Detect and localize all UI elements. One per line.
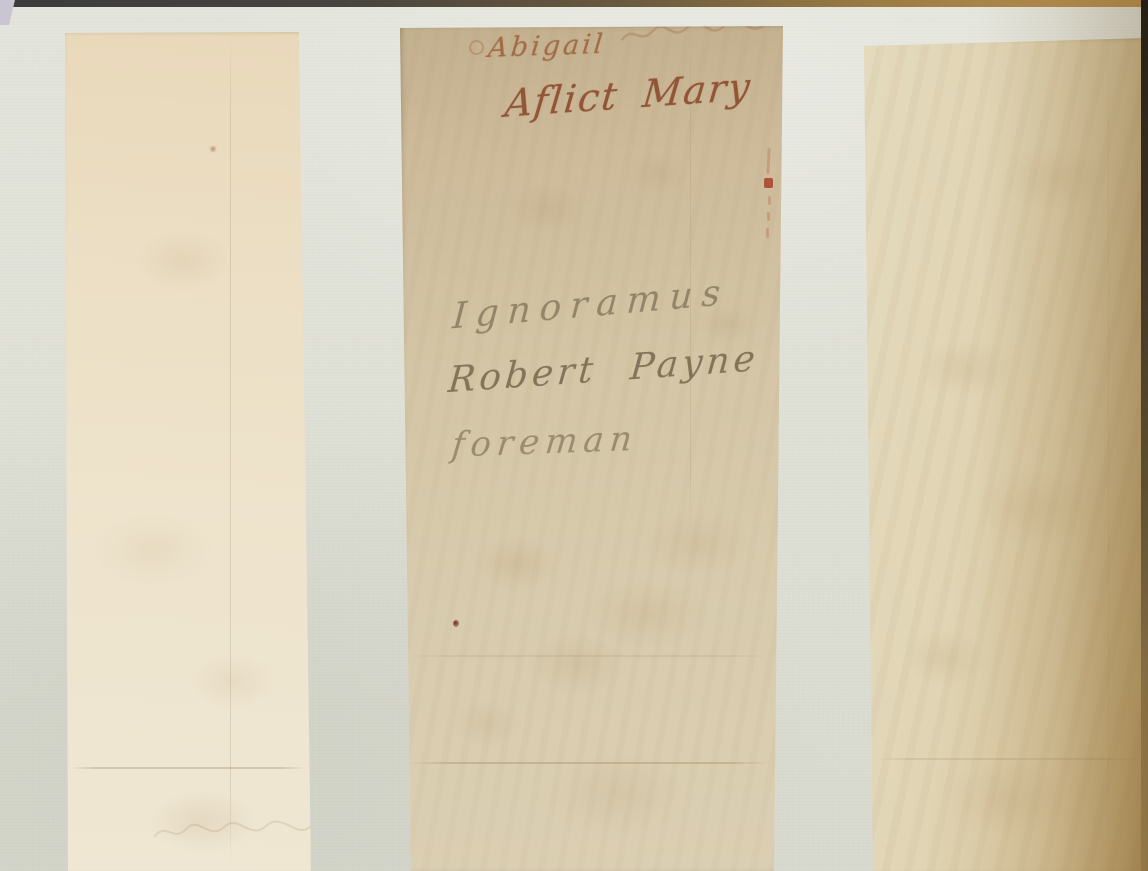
- red-archival-mark: [766, 228, 769, 238]
- signature-robert-payne: Robert Payne: [447, 341, 761, 399]
- paper-strip-left: [63, 31, 311, 871]
- ink-spot: [453, 620, 459, 627]
- crease-line: [876, 758, 1142, 760]
- chain-line: [1108, 38, 1109, 871]
- crease-line: [69, 767, 307, 769]
- inscription-ignoramus: Ignoramus: [451, 275, 730, 336]
- inscription-foreman-text: foreman: [450, 419, 640, 466]
- red-archival-mark: [768, 196, 771, 205]
- inscription-abigail-text: Abigail: [487, 29, 607, 64]
- inscription-aflict-mary-text: Aflict Mary: [503, 64, 754, 126]
- paper-strip-center: Abigail Aflict Mary Ignoramus Robert Pay…: [397, 24, 785, 871]
- inscription-aflict-mary: Aflict Mary: [503, 67, 753, 123]
- paper-strip-right: [856, 38, 1148, 871]
- inscription-foreman: foreman: [450, 422, 639, 463]
- red-archival-mark: [764, 178, 773, 188]
- chain-line: [230, 31, 231, 871]
- scan-edge-right: [1141, 0, 1148, 871]
- inscription-abigail: Abigail: [487, 13, 770, 62]
- document-scan: Abigail Aflict Mary Ignoramus Robert Pay…: [0, 0, 1148, 871]
- chain-line: [690, 32, 691, 532]
- faded-word-squiggle: [616, 13, 769, 52]
- crease-line: [409, 762, 771, 764]
- inscription-ignoramus-text: Ignoramus: [451, 272, 730, 338]
- ink-ring-mark: [469, 40, 484, 55]
- ghost-writing-squiggle: [150, 813, 330, 849]
- scan-corner-chip: [0, 0, 15, 25]
- red-archival-mark: [767, 212, 771, 221]
- scan-edge-top: [0, 0, 1148, 7]
- crease-line: [409, 655, 769, 657]
- signature-robert-payne-text: Robert Payne: [447, 338, 761, 401]
- red-archival-mark: [766, 148, 770, 174]
